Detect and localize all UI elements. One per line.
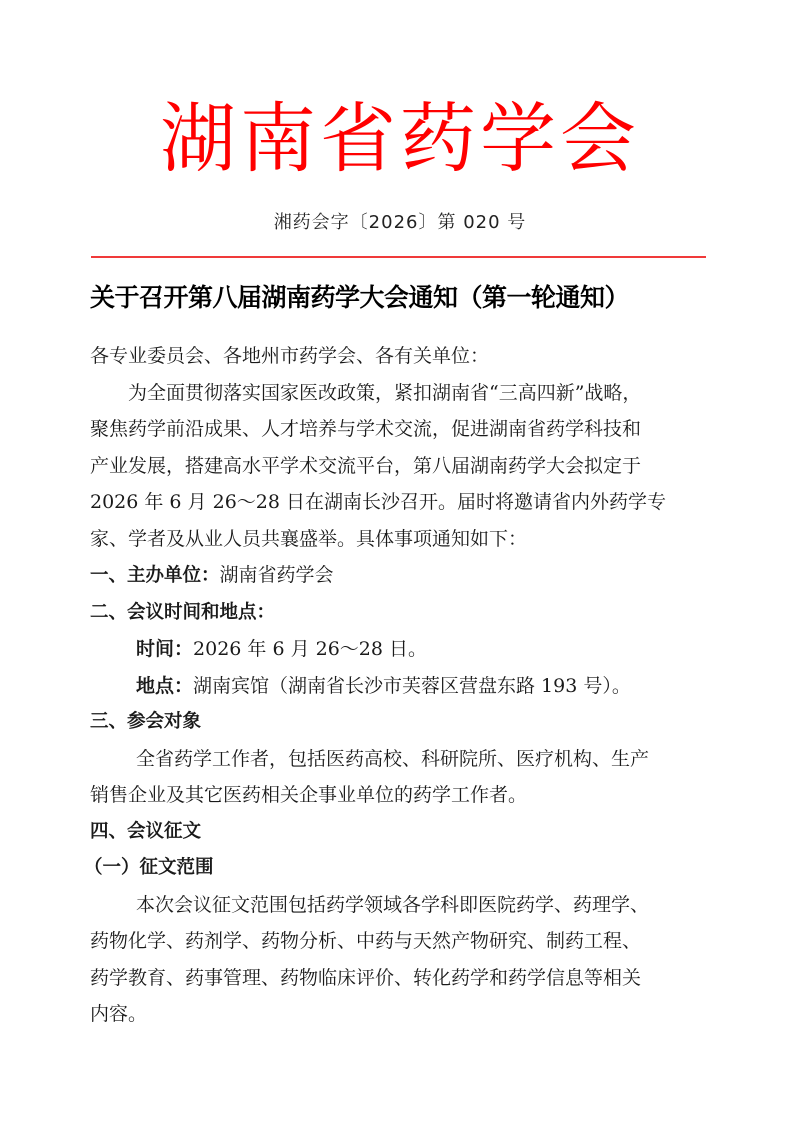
intro-line: 为全面贯彻落实国家医改政策，紧扣湖南省“三高四新”战略， (90, 375, 710, 412)
salutation: 各专业委员会、各地州市药学会、各有关单位： (90, 338, 710, 375)
paper-scope-line: 药学教育、药事管理、药物临床评价、转化药学和药学信息等相关 (90, 960, 710, 997)
section-heading-call-for-papers: 四、会议征文 (90, 814, 710, 851)
intro-line: 2026 年 6 月 26～28 日在湖南长沙召开。届时将邀请省内外药学专 (90, 484, 710, 521)
document-body: 各专业委员会、各地州市药学会、各有关单位： 为全面贯彻落实国家医改政策，紧扣湖南… (90, 338, 710, 1033)
document-number: 湘药会字〔2026〕第 020 号 (0, 211, 800, 235)
subheading-paper-scope: （一）征文范围 (84, 850, 710, 887)
paper-scope-paragraph: 本次会议征文范围包括药学领域各学科即医院药学、药理学、 药物化学、药剂学、药物分… (90, 887, 710, 1033)
paper-scope-line: 内容。 (90, 996, 710, 1033)
participants-line: 销售企业及其它医药相关企事业单位的药学工作者。 (90, 777, 710, 814)
organizer-value: 湖南省药学会 (220, 564, 334, 586)
section-heading-participants: 三、参会对象 (90, 704, 710, 741)
intro-line: 聚焦药学前沿成果、人才培养与学术交流，促进湖南省药学科技和 (90, 411, 710, 448)
intro-line: 家、学者及从业人员共襄盛举。具体事项通知如下： (90, 521, 710, 558)
place-value: 湖南宾馆（湖南省长沙市芙蓉区营盘东路 193 号）。 (193, 675, 631, 697)
organization-title: 湖南省药学会 (0, 94, 800, 184)
meeting-place: 地点：湖南宾馆（湖南省长沙市芙蓉区营盘东路 193 号）。 (90, 668, 710, 705)
section-heading-time-place: 二、会议时间和地点： (90, 595, 710, 632)
intro-line: 产业发展，搭建高水平学术交流平台，第八届湖南药学大会拟定于 (90, 448, 710, 485)
participants-line: 全省药学工作者，包括医药高校、科研院所、医疗机构、生产 (90, 741, 710, 778)
red-divider-line (91, 256, 706, 258)
time-value: 2026 年 6 月 26～28 日。 (193, 638, 427, 660)
section-organizer: 一、主办单位：湖南省药学会 (90, 557, 710, 595)
paper-scope-line: 药物化学、药剂学、药物分析、中药与天然产物研究、制药工程、 (90, 923, 710, 960)
participants-paragraph: 全省药学工作者，包括医药高校、科研院所、医疗机构、生产 销售企业及其它医药相关企… (90, 741, 710, 814)
place-label: 地点： (136, 675, 193, 697)
meeting-time: 时间：2026 年 6 月 26～28 日。 (90, 631, 710, 668)
section-heading-organizer: 一、主办单位： (90, 565, 220, 586)
paper-scope-line: 本次会议征文范围包括药学领域各学科即医院药学、药理学、 (90, 887, 710, 924)
intro-paragraph: 为全面贯彻落实国家医改政策，紧扣湖南省“三高四新”战略， 聚焦药学前沿成果、人才… (90, 375, 710, 558)
time-label: 时间： (136, 638, 193, 660)
notice-title: 关于召开第八届湖南药学大会通知（第一轮通知） (90, 278, 720, 318)
